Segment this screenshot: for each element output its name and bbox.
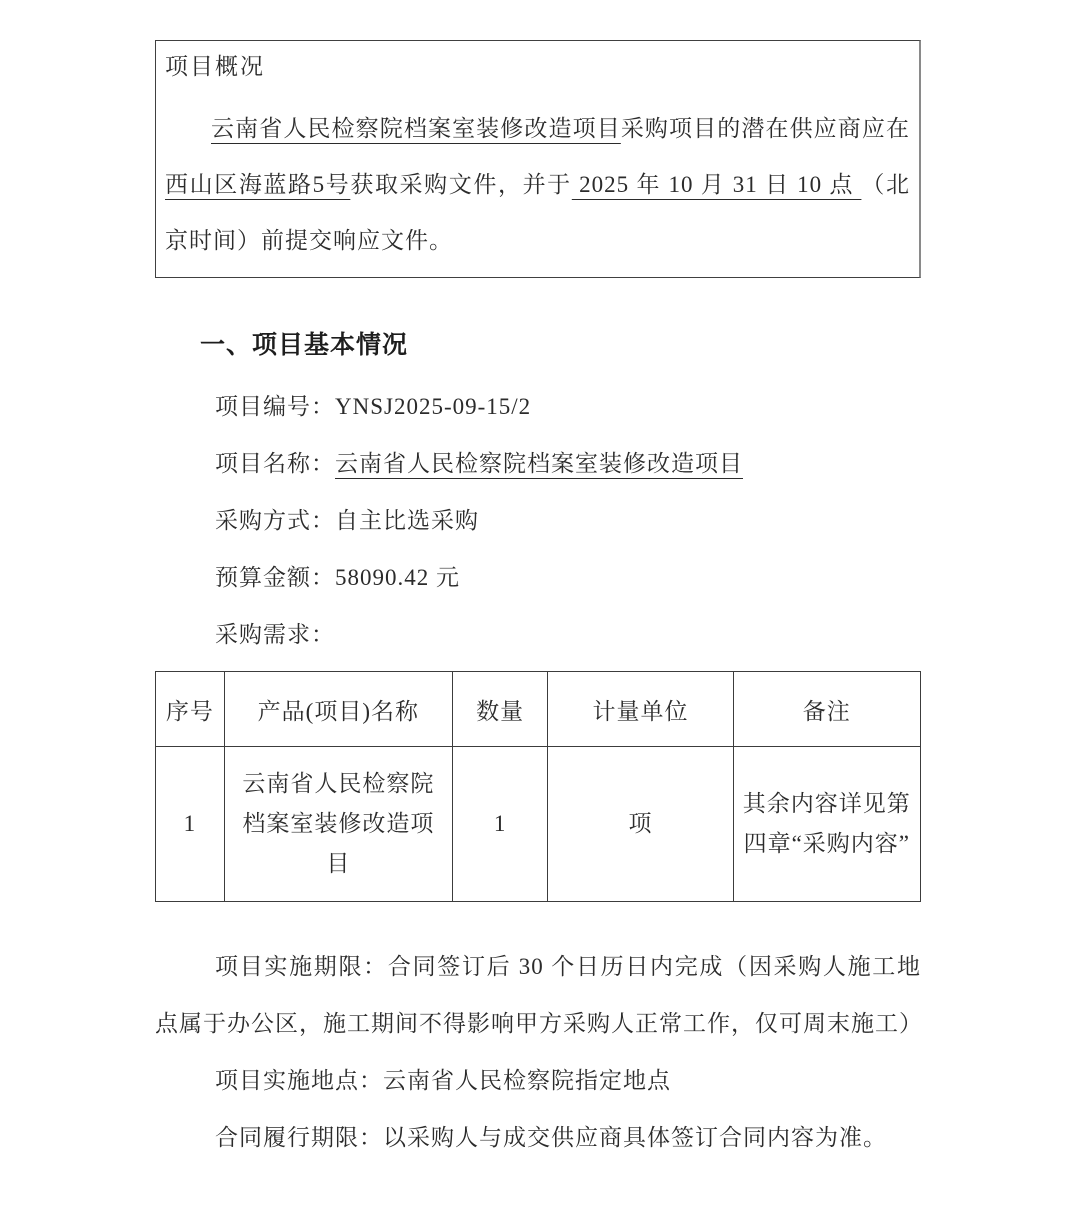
field-project-number-value: YNSJ2025-09-15/2 [335,394,531,419]
field-project-number-label: 项目编号： [215,394,335,419]
paragraph-implementation-period: 项目实施期限：合同签订后 30 个日历日内完成（因采购人施工地点属于办公区，施工… [155,938,921,1052]
overview-deadline-underlined: 2025 年 10 月 31 日 10 点 [572,172,862,197]
field-procurement-demand-label: 采购需求： [215,622,335,647]
paragraph-contract-performance-period: 合同履行期限：以采购人与成交供应商具体签订合同内容为准。 [155,1109,921,1166]
field-project-name-label: 项目名称： [215,451,335,476]
field-budget-amount: 预算金额：58090.42 元 [155,549,921,606]
field-project-number: 项目编号：YNSJ2025-09-15/2 [155,378,921,435]
document-page: 项目概况 云南省人民检察院档案室装修改造项目采购项目的潜在供应商应在西山区海蓝路… [155,0,921,1166]
table-header-quantity: 数量 [452,672,548,747]
field-procurement-method-value: 自主比选采购 [335,508,479,533]
field-procurement-demand: 采购需求： [155,606,921,663]
section-heading-basic-info: 一、项目基本情况 [155,328,921,362]
table-header-product-name: 产品(项目)名称 [224,672,452,747]
overview-text-segment: 获取采购文件，并于 [350,172,571,197]
field-budget-amount-value: 58090.42 元 [335,565,460,590]
overview-project-name-underlined: 云南省人民检察院档案室装修改造项目 [211,116,621,141]
field-budget-amount-label: 预算金额： [215,565,335,590]
table-cell-product-name: 云南省人民检察院档案室装修改造项目 [224,747,452,902]
table-cell-note: 其余内容详见第四章“采购内容” [733,747,920,902]
table-header-seq: 序号 [156,672,225,747]
field-procurement-method: 采购方式：自主比选采购 [155,492,921,549]
project-overview-box: 项目概况 云南省人民检察院档案室装修改造项目采购项目的潜在供应商应在西山区海蓝路… [155,40,921,278]
field-project-name-value: 云南省人民检察院档案室装修改造项目 [335,451,743,476]
procurement-requirements-table: 序号 产品(项目)名称 数量 计量单位 备注 1 云南省人民检察院档案室装修改造… [155,671,921,902]
table-row: 1 云南省人民检察院档案室装修改造项目 1 项 其余内容详见第四章“采购内容” [156,747,921,902]
overview-paragraph: 云南省人民检察院档案室装修改造项目采购项目的潜在供应商应在西山区海蓝路5号获取采… [165,101,910,269]
overview-box-title: 项目概况 [165,51,910,83]
table-header-unit: 计量单位 [548,672,733,747]
overview-text-segment: 采购项目的潜在供应商应在 [621,116,910,141]
field-procurement-method-label: 采购方式： [215,508,335,533]
closing-paragraphs: 项目实施期限：合同签订后 30 个日历日内完成（因采购人施工地点属于办公区，施工… [155,938,921,1166]
paragraph-implementation-location: 项目实施地点：云南省人民检察院指定地点 [155,1052,921,1109]
overview-address-underlined: 西山区海蓝路5号 [165,172,350,197]
table-cell-seq: 1 [156,747,225,902]
table-header-note: 备注 [733,672,920,747]
table-cell-unit: 项 [548,747,733,902]
table-cell-quantity: 1 [452,747,548,902]
basic-info-fields: 项目编号：YNSJ2025-09-15/2 项目名称：云南省人民检察院档案室装修… [155,378,921,663]
table-header-row: 序号 产品(项目)名称 数量 计量单位 备注 [156,672,921,747]
field-project-name: 项目名称：云南省人民检察院档案室装修改造项目 [155,435,921,492]
